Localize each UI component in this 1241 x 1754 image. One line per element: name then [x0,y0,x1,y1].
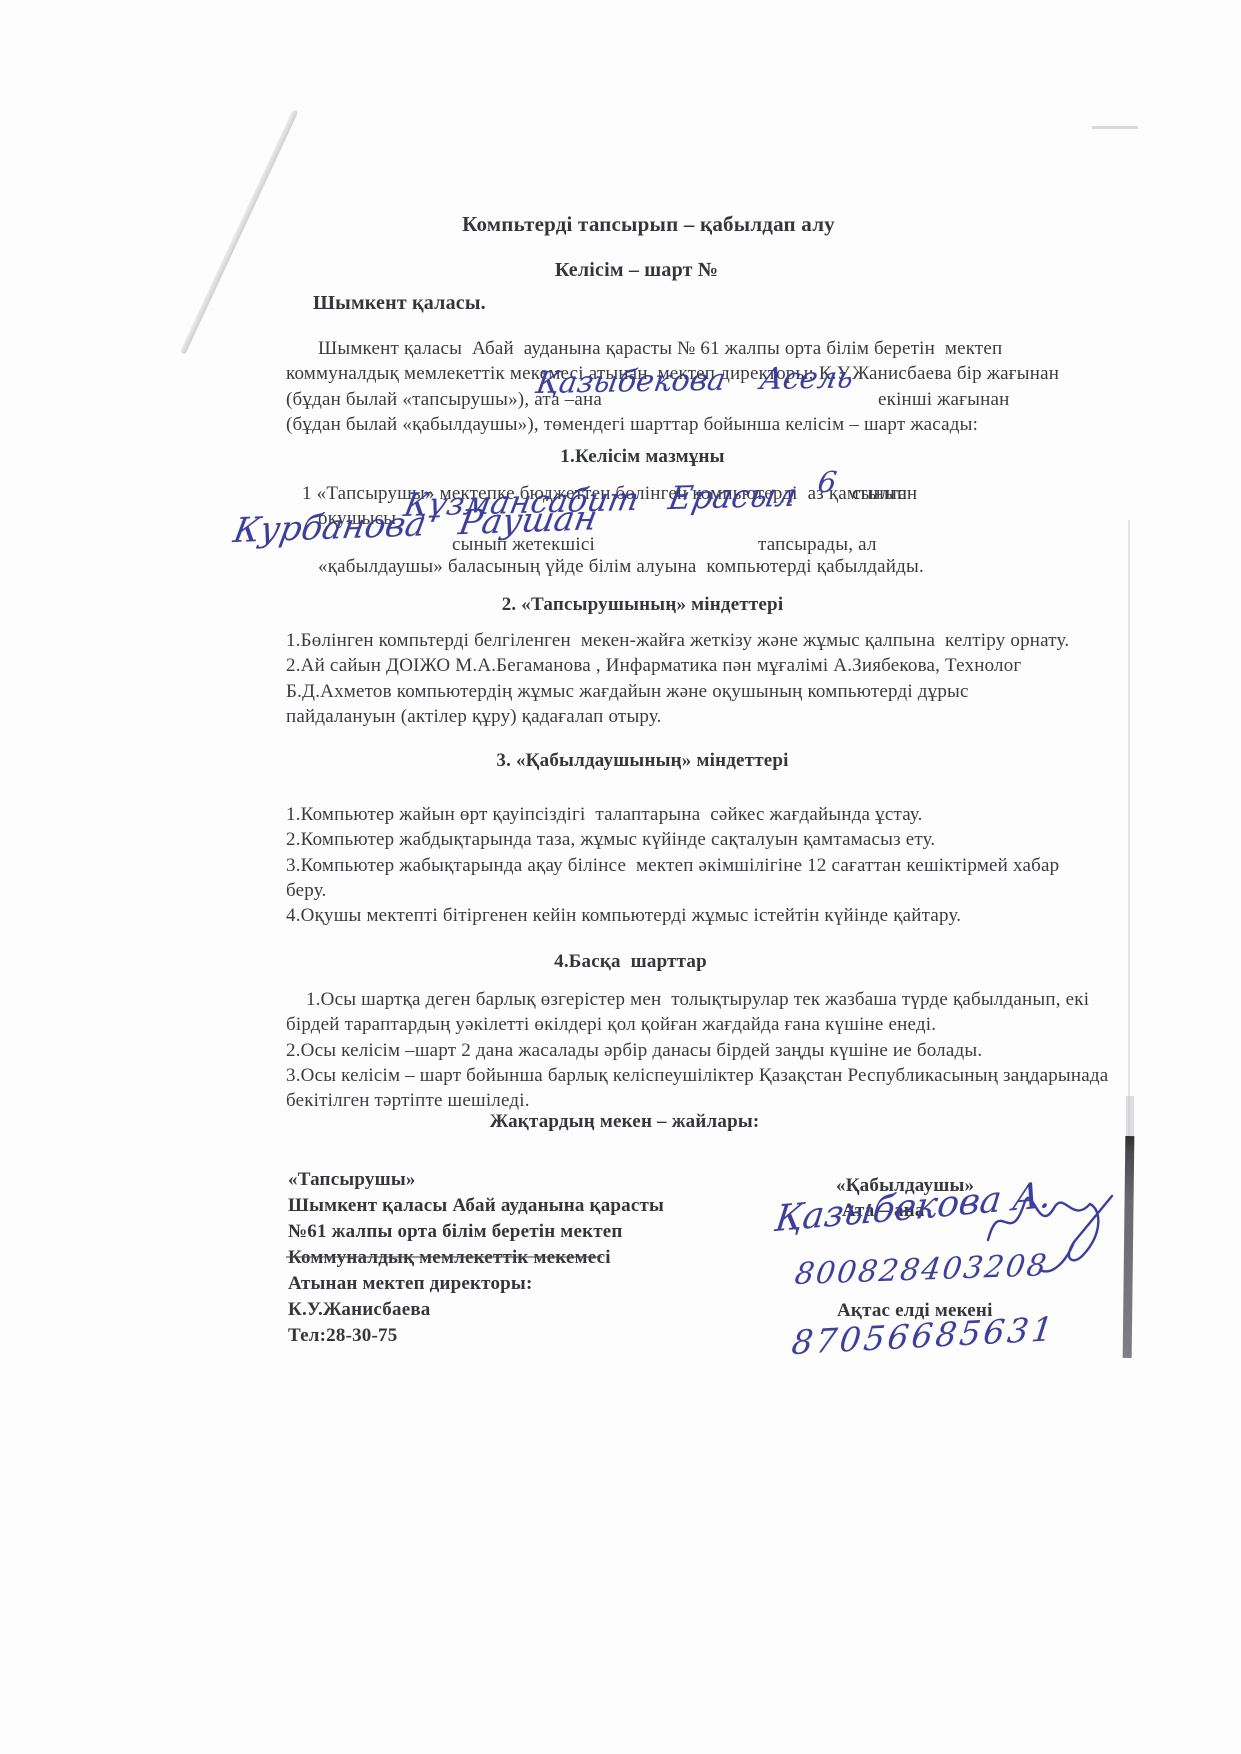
intro-line-4: (бұдан былай «қабылдаушы»), төмендегі ша… [286,412,978,437]
section-3-line: беру. [286,878,326,903]
intro-line-1: Шымкент қаласы Абай ауданына қарасты № 6… [318,336,1002,361]
section-3-line: 3.Компьютер жабықтарында ақау білінсе ме… [286,853,1059,878]
left-party-line: Шымкент қаласы Абай ауданына қарасты [288,1193,664,1218]
scanned-document-page: Компьтерді тапсырып – қабылдап алу Келіс… [0,0,1241,1754]
section-1-heading: 1.Келісім мазмұны [22,444,1241,469]
left-party-role: «Тапсырушы» [288,1167,416,1192]
addresses-heading: Жақтардың мекен – жайлары: [4,1109,1241,1134]
section-1-line-4: «қабылдаушы» баласының үйде білім алуына… [318,554,924,579]
section-3-heading: 3. «Қабылдаушының» міндеттері [22,748,1241,773]
left-party-line: Тел:28-30-75 [288,1323,397,1348]
top-right-scan-line-artifact [1092,126,1138,129]
section-4-line: 2.Осы келісім –шарт 2 дана жасалады әрбі… [286,1038,982,1063]
section-2-line: Б.Д.Ахметов компьютердің жұмыс жағдайын … [286,679,969,704]
section-2-line: 1.Бөлінген компьтерді белгіленген мекен-… [286,628,1069,653]
strike-line-artifact [286,1256,602,1258]
section-1-line-1-after: сынып [852,481,907,506]
city-heading: Шымкент қаласы. [313,291,486,316]
handwritten-id-number: 800828403208 [793,1251,1050,1290]
document-title: Компьтерді тапсырып – қабылдап алу [28,212,1241,237]
contract-number-line: Келісім – шарт № [16,258,1241,283]
section-3-line: 1.Компьютер жайын өрт қауіпсіздігі талап… [286,802,923,827]
left-party-line: Атынан мектеп директоры: [288,1271,533,1296]
section-2-line: 2.Ай сайын ДОІЖО М.А.Бегаманова , Инфарм… [286,653,1021,678]
section-3-line: 4.Оқушы мектепті бітіргенен кейін компью… [286,903,961,928]
section-2-heading: 2. «Тапсырушының» міндеттері [22,592,1241,617]
section-3-line: 2.Компьютер жабдықтарында таза, жұмыс кү… [286,827,935,852]
section-4-heading: 4.Басқа шарттар [10,949,1241,974]
section-4-line: 1.Осы шартқа деген барлық өзгерістер мен… [306,987,1089,1012]
section-2-line: пайдалануын (актілер құру) қадағалап оты… [286,704,662,729]
handwritten-phone-number: 87056685631 [790,1312,1058,1359]
left-party-line: К.У.Жанисбаева [288,1297,431,1322]
section-4-line: бірдей тараптардың уәкілетті өкілдері қо… [286,1012,936,1037]
left-party-line: №61 жалпы орта білім беретін мектеп [288,1219,623,1244]
intro-line-3-right: екінші жағынан [878,387,1009,412]
handwritten-parent-name: Қазыбекова Асель [534,363,856,399]
section-4-line: 3.Осы келісім – шарт бойынша барлық келі… [286,1063,1108,1088]
